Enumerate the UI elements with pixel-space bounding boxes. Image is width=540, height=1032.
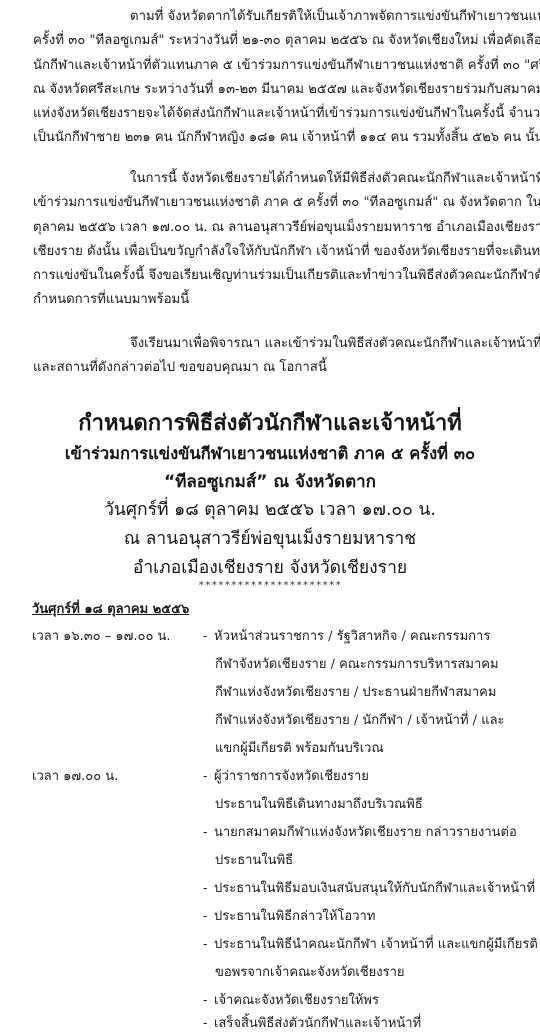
schedule-item: -หัวหน้าส่วนราชการ / รัฐวิสาหกิจ / คณะกร… bbox=[203, 625, 490, 646]
time-slot-1: เวลา ๑๖.๓๐ – ๑๗.๐๐ น. bbox=[32, 625, 171, 646]
schedule-item-text: หัวหน้าส่วนราชการ / รัฐวิสาหกิจ / คณะกรร… bbox=[214, 629, 490, 644]
bullet-dash: - bbox=[203, 769, 214, 784]
schedule-item-text: ประธานในพิธีกล่าวให้โอวาท bbox=[214, 909, 375, 924]
schedule-datetime: วันศุกร์ที่ ๑๘ ตุลาคม ๒๕๕๖ เวลา ๑๗.๐๐ น. bbox=[0, 495, 540, 523]
schedule-item-text: ผู้ว่าราชการจังหวัดเชียงราย bbox=[214, 769, 369, 784]
paragraph-line: เป็นนักกีฬาชาย ๒๓๑ คน นักกีฬาหญิง ๑๘๑ คน… bbox=[33, 126, 521, 150]
bullet-dash: - bbox=[203, 629, 214, 644]
schedule-item: -นายกสมาคมกีฬาแห่งจังหวัดเชียงราย กล่าวร… bbox=[203, 821, 517, 842]
schedule-subtitle: เข้าร่วมการแข่งขันกีฬาเยาวชนแห่งชาติ ภาค… bbox=[0, 441, 540, 467]
schedule-event-name: “ทีลอซูเกมส์” ณ จังหวัดตาก bbox=[0, 468, 540, 495]
schedule-title: กำหนดการพิธีส่งตัวนักกีฬาและเจ้าหน้าที่ bbox=[0, 405, 540, 440]
schedule-location: อำเภอเมืองเชียงราย จังหวัดเชียงราย bbox=[0, 553, 540, 581]
schedule-venue: ณ ลานอนุสาวรีย์พ่อขุนเม็งรายมหาราช bbox=[0, 524, 540, 552]
schedule-item-continuation: แขกผู้มีเกียรติ พร้อมกันบริเวณ bbox=[215, 737, 384, 758]
schedule-item: -เจ้าคณะจังหวัดเชียงรายให้พร bbox=[203, 989, 379, 1010]
paragraph-line: ตามที่ จังหวัดตากได้รับเกียรติให้เป็นเจ้… bbox=[33, 5, 521, 29]
schedule-item: -เสร็จสิ้นพิธีส่งตัวนักกีฬาและเจ้าหน้าที… bbox=[203, 1012, 421, 1032]
paragraph-line: นักกีฬาและเจ้าหน้าที่ตัวแทนภาค ๕ เข้าร่ว… bbox=[33, 54, 521, 78]
paragraph-line: การแข่งขันในครั้งนี้ จึงขอเรียนเชิญท่านร… bbox=[33, 264, 521, 288]
schedule-item: -ประธานในพิธีมอบเงินสนับสนุนให้กับนักกีฬ… bbox=[203, 877, 535, 898]
document-page: ตามที่ จังหวัดตากได้รับเกียรติให้เป็นเจ้… bbox=[0, 0, 540, 1032]
paragraph-line: และสถานที่ดังกล่าวต่อไป ขอขอบคุณมา ณ โอก… bbox=[33, 356, 521, 380]
paragraph-line: จึงเรียนมาเพื่อพิจารณา และเข้าร่วมในพิธี… bbox=[33, 332, 521, 356]
bullet-dash: - bbox=[203, 881, 214, 896]
paragraph-line: แห่งจังหวัดเชียงรายจะได้จัดส่งนักกีฬาและ… bbox=[33, 102, 521, 126]
letter-paragraph-2: ในการนี้ จังหวัดเชียงรายได้กำหนดให้มีพิธ… bbox=[33, 167, 521, 313]
paragraph-line: ณ จังหวัดศรีสะเกษ ระหว่างวันที่ ๑๓-๒๓ มี… bbox=[33, 78, 521, 102]
paragraph-line: ครั้งที่ ๓๐ "ทีลอซูเกมส์" ระหว่างวันที่ … bbox=[33, 29, 521, 53]
schedule-item-continuation: กีฬาจังหวัดเชียงราย / คณะกรรมการบริหารสม… bbox=[215, 653, 499, 674]
schedule-item: -ผู้ว่าราชการจังหวัดเชียงราย bbox=[203, 765, 369, 786]
schedule-item-text: ประธานในพิธีนำคณะนักกีฬา เจ้าหน้าที่ และ… bbox=[214, 937, 538, 952]
schedule-item: -ประธานในพิธีกล่าวให้โอวาท bbox=[203, 905, 375, 926]
bullet-dash: - bbox=[203, 937, 214, 952]
schedule-item-continuation: ประธานในพิธีเดินทางมาถึงบริเวณพิธี bbox=[215, 793, 423, 814]
schedule-date-heading: วันศุกร์ที่ ๑๘ ตุลาคม ๒๕๕๖ bbox=[32, 598, 189, 619]
schedule-item-continuation: กีฬาแห่งจังหวัดเชียงราย / นักกีฬา / เจ้า… bbox=[215, 709, 505, 730]
letter-paragraph-1: ตามที่ จังหวัดตากได้รับเกียรติให้เป็นเจ้… bbox=[33, 5, 521, 151]
paragraph-line: เข้าร่วมการแข่งขันกีฬาเยาวชนแห่งชาติ ภาค… bbox=[33, 191, 521, 215]
letter-paragraph-3: จึงเรียนมาเพื่อพิจารณา และเข้าร่วมในพิธี… bbox=[33, 332, 521, 381]
bullet-dash: - bbox=[203, 825, 214, 840]
bullet-dash: - bbox=[203, 909, 214, 924]
schedule-item-continuation: ประธานในพิธี bbox=[215, 849, 293, 870]
time-slot-2: เวลา ๑๗.๐๐ น. bbox=[32, 765, 118, 786]
schedule-item: -ประธานในพิธีนำคณะนักกีฬา เจ้าหน้าที่ แล… bbox=[203, 933, 538, 954]
schedule-item-text: เสร็จสิ้นพิธีส่งตัวนักกีฬาและเจ้าหน้าที่ bbox=[214, 1016, 421, 1031]
bullet-dash: - bbox=[203, 1016, 214, 1031]
paragraph-line: ตุลาคม ๒๕๕๖ เวลา ๑๗.๐๐ น. ณ ลานอนุสาวรีย… bbox=[33, 216, 521, 240]
schedule-item-text: ประธานในพิธีมอบเงินสนับสนุนให้กับนักกีฬา… bbox=[214, 881, 535, 896]
schedule-item-text: นายกสมาคมกีฬาแห่งจังหวัดเชียงราย กล่าวรา… bbox=[214, 825, 517, 840]
paragraph-line: เชียงราย ดังนั้น เพื่อเป็นขวัญกำลังใจให้… bbox=[33, 240, 521, 264]
schedule-item-continuation: ขอพรจากเจ้าคณะจังหวัดเชียงราย bbox=[215, 961, 405, 982]
schedule-item-text: เจ้าคณะจังหวัดเชียงรายให้พร bbox=[214, 993, 379, 1008]
schedule-item-continuation: กีฬาแห่งจังหวัดเชียงราย / ประธานฝ่ายกีฬา… bbox=[215, 681, 496, 702]
paragraph-line: กำหนดการที่แนบมาพร้อมนี้ bbox=[33, 288, 521, 312]
paragraph-line: ในการนี้ จังหวัดเชียงรายได้กำหนดให้มีพิธ… bbox=[33, 167, 521, 191]
separator: ********************** bbox=[0, 580, 540, 591]
bullet-dash: - bbox=[203, 993, 214, 1008]
